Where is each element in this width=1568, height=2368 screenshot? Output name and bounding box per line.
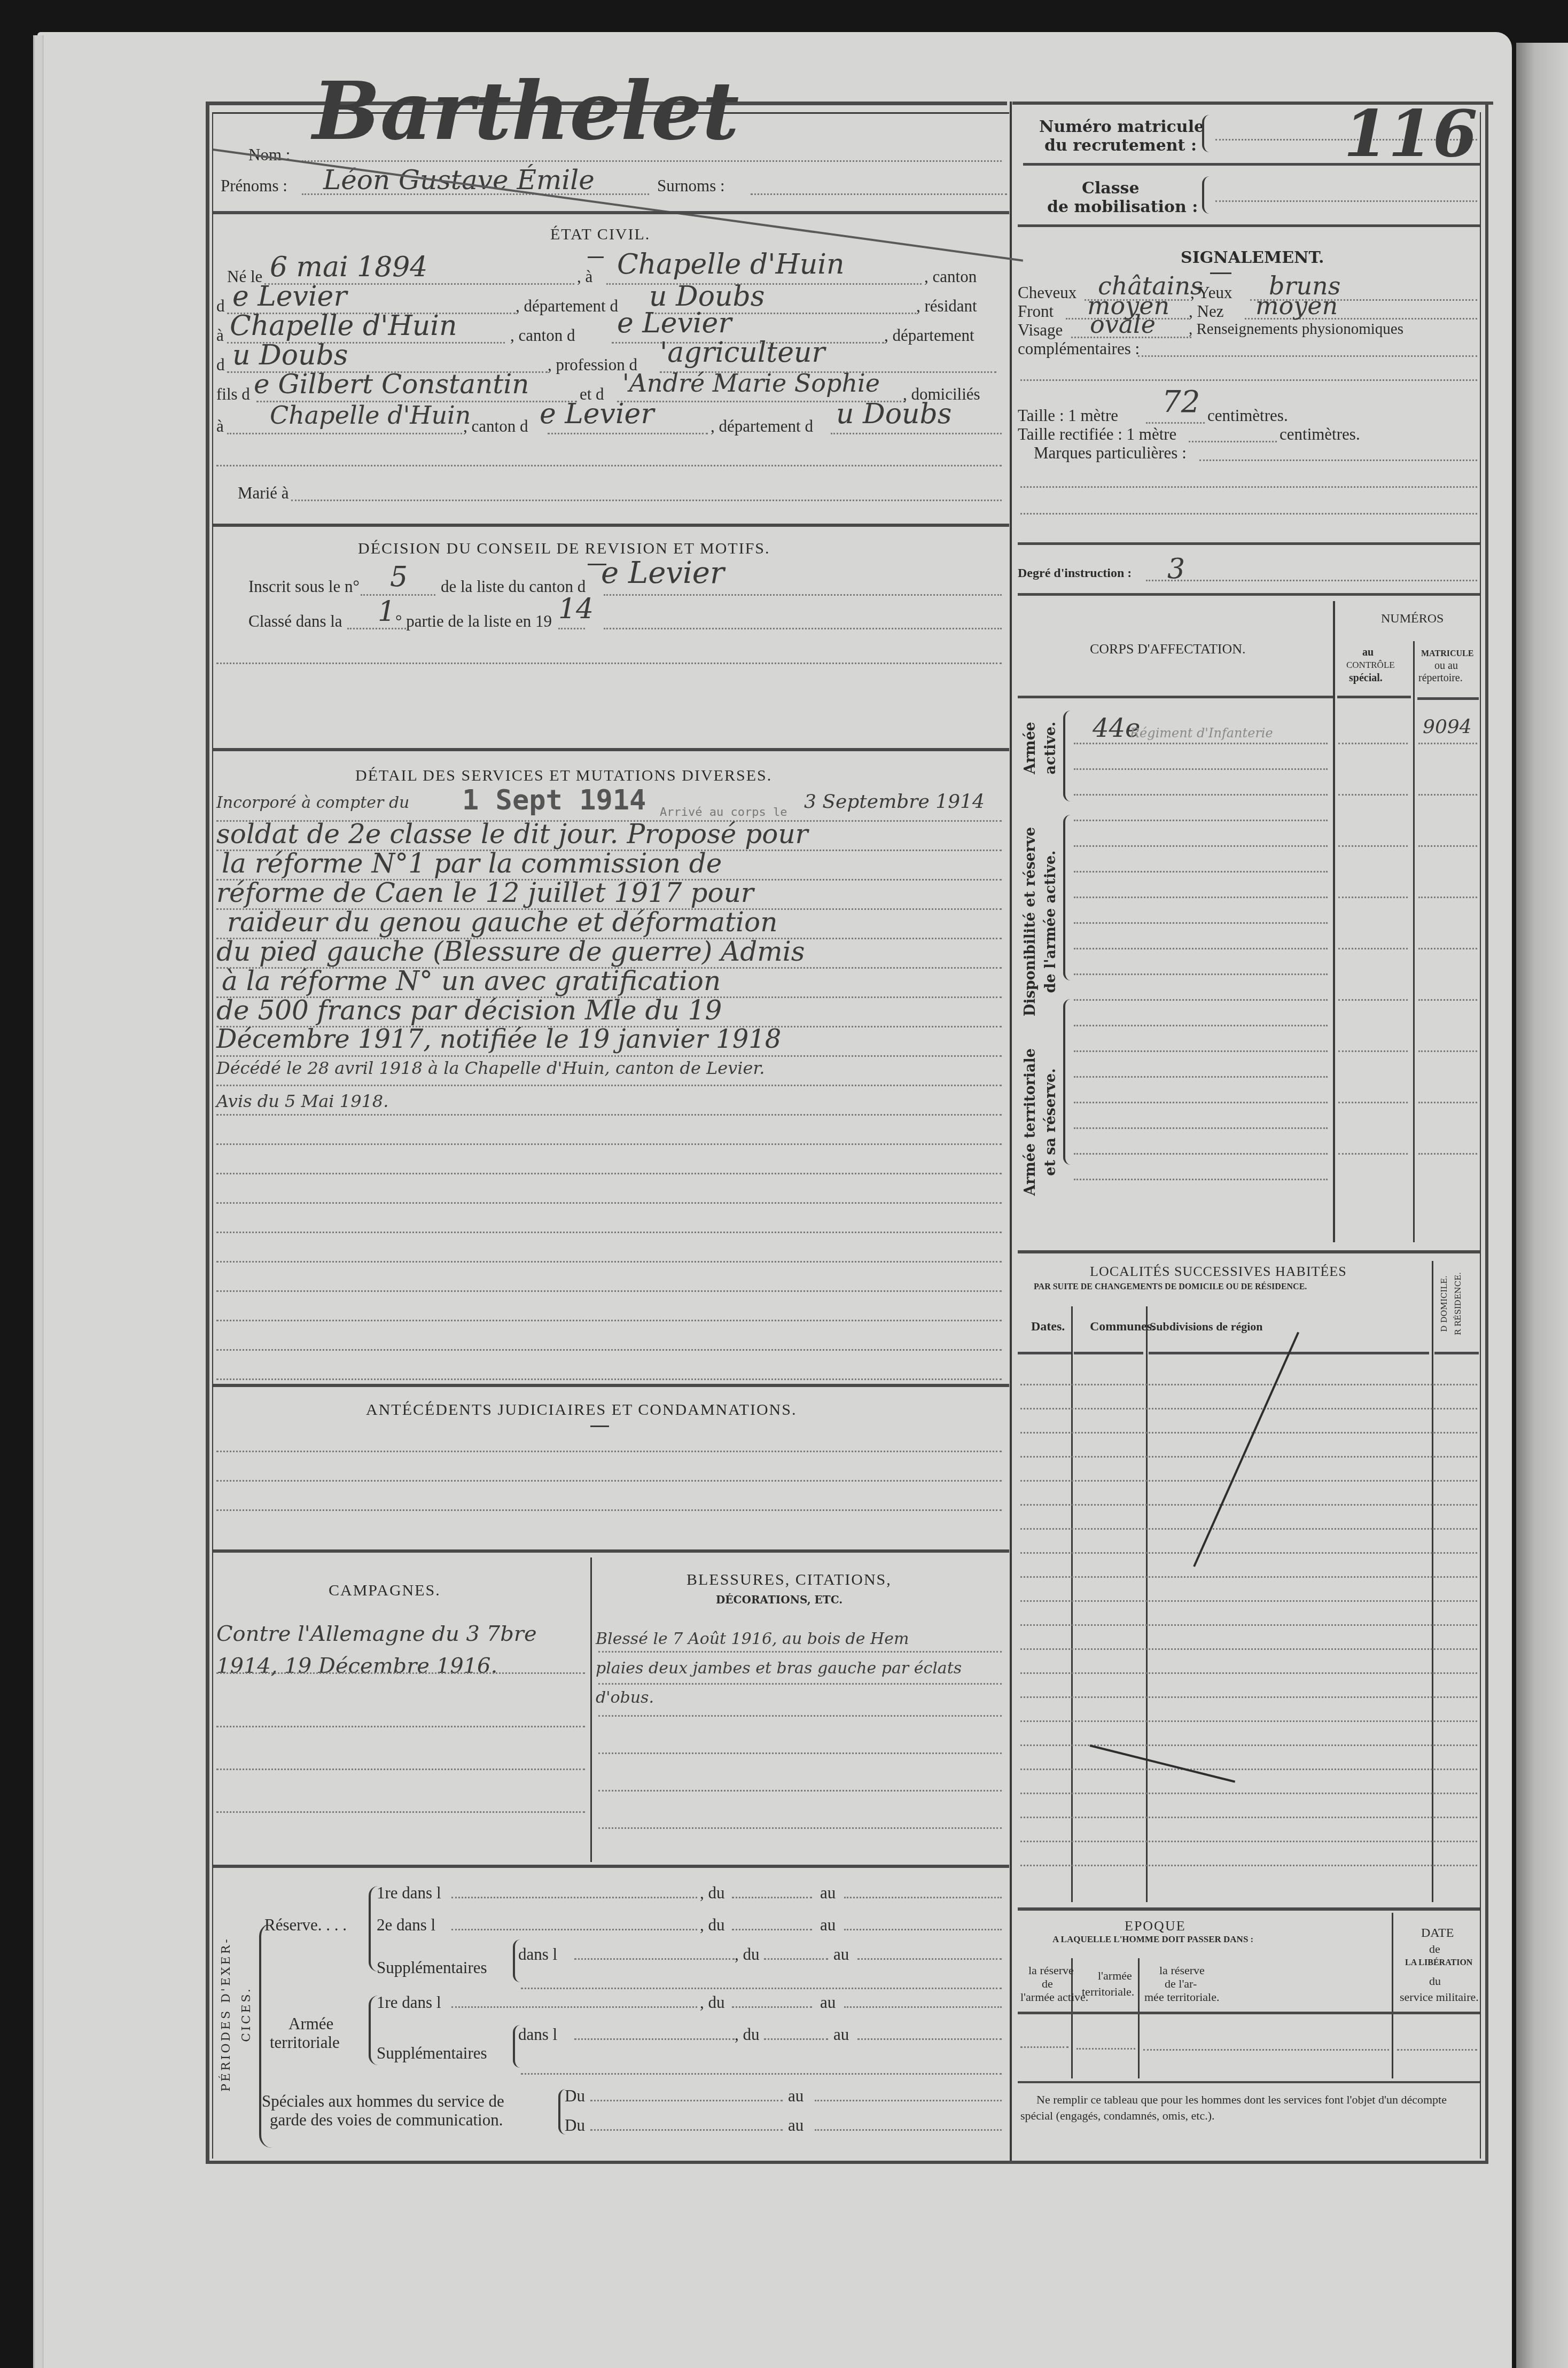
- epoque-col3-2: de l'ar-: [1165, 1977, 1197, 1991]
- corps-printed: Régiment d'Infanterie: [1130, 726, 1273, 741]
- services-line-10: [216, 1114, 1002, 1116]
- localites-title: LOCALITÉS SUCCESSIVES HABITÉES: [1090, 1264, 1347, 1280]
- matricule-line: [1418, 743, 1477, 744]
- localites-divider-1: [1071, 1306, 1073, 1902]
- annee-dots: [558, 628, 585, 629]
- taille-rectifiee-label: Taille rectifiée : 1 mètre: [1018, 425, 1176, 444]
- residant-a-label: à: [216, 326, 224, 345]
- services-text-line[interactable]: la réforme N°1 par la commission de: [222, 848, 722, 879]
- numeros-title: NUMÉROS: [1381, 612, 1444, 626]
- services-bottom-rule: [213, 1384, 1009, 1387]
- localites-row-line: [1020, 1384, 1477, 1385]
- periodes-side-label: PÉRIODES D'EXER- CICES.: [216, 1886, 257, 2143]
- col-domicile: D DOMICILE.: [1437, 1256, 1451, 1352]
- antecedents-bottom-rule: [213, 1549, 1009, 1553]
- epoque-dots-3: [1143, 2049, 1389, 2051]
- campagnes-dots-0: [216, 1672, 585, 1674]
- cancel-stroke-2: [1090, 1744, 1236, 1783]
- canton-label: , canton: [924, 267, 977, 286]
- visage-value[interactable]: ovale: [1090, 310, 1156, 339]
- blessures-dots-5: [598, 1827, 1002, 1829]
- corps-line: [1074, 845, 1328, 847]
- corps-line: [1074, 948, 1328, 949]
- localites-row-line: [1020, 1480, 1477, 1482]
- nez-value[interactable]: moyen: [1255, 291, 1338, 320]
- campagnes-title: CAMPAGNES.: [329, 1582, 441, 1600]
- territoriale-supp-dots: [574, 2038, 735, 2040]
- territoriale-label-1: Armée territoriale: [1020, 1031, 1041, 1213]
- services-line-14: [216, 1232, 1002, 1233]
- localites-row-line: [1020, 1696, 1477, 1698]
- epoque-col2-1: l'armée: [1098, 1969, 1132, 1983]
- degre-label: Degré d'instruction :: [1018, 566, 1132, 581]
- a-label: , à: [577, 267, 592, 286]
- services-line-15: [216, 1261, 1002, 1263]
- right-border: [1485, 102, 1488, 2164]
- col-controle-1: au: [1362, 646, 1374, 659]
- localites-row-line: [1020, 1408, 1477, 1409]
- controle-line: [1338, 845, 1408, 847]
- right-inner-border: [1480, 112, 1481, 2159]
- antecedents-line-1: [216, 1480, 1002, 1482]
- services-line-13: [216, 1202, 1002, 1204]
- services-text-line[interactable]: Avis du 5 Mai 1918.: [216, 1091, 388, 1111]
- prenoms-label: Prénoms :: [221, 176, 287, 196]
- reserve-supp-du: , du: [735, 1945, 760, 1964]
- localites-row-line: [1020, 1720, 1477, 1722]
- date-liberation-4: du: [1429, 1974, 1441, 1988]
- speciales-du-2: Du: [565, 2116, 585, 2135]
- campagnes-bottom-rule: [213, 1865, 1009, 1868]
- partie-label: ° partie de la liste en 19: [395, 612, 552, 631]
- armee-active-label-2: active.: [1041, 695, 1061, 801]
- reserve-1re-au-dots: [844, 1897, 1002, 1898]
- matricule-repertoire[interactable]: 9094: [1423, 716, 1472, 738]
- conseil-extra-dots-1: [604, 628, 1002, 629]
- complementaires-dots-2: [1020, 379, 1477, 381]
- complementaires-label: complémentaires :: [1018, 339, 1140, 359]
- matricule-line: [1418, 1050, 1477, 1052]
- territoriale-supp-extra-dots: [521, 2073, 1002, 2075]
- signalement-title: SIGNALEMENT.: [1181, 248, 1324, 267]
- classe-dots: [1215, 200, 1477, 202]
- pere-value[interactable]: e Gilbert Constantin: [254, 369, 529, 400]
- degre-value[interactable]: 3: [1167, 553, 1185, 585]
- corps-line: [1074, 1153, 1328, 1155]
- services-line-19: [216, 1378, 1002, 1380]
- page-edge: [33, 35, 44, 2368]
- dr-header-rule: [1434, 1352, 1479, 1354]
- reserve-supp-label: Supplémentaires: [377, 1958, 487, 1977]
- matricule-line: [1418, 999, 1477, 1001]
- nom-value[interactable]: Barthelet: [313, 64, 739, 158]
- reserve-supp-au-dots: [857, 1958, 1002, 1960]
- localites-row-line: [1020, 1552, 1477, 1554]
- col-communes: Communes.: [1090, 1320, 1155, 1334]
- reserve-supp-dots: [574, 1958, 735, 1960]
- disponibilite-label: Disponibilité et réserve de l'armée acti…: [1020, 809, 1061, 1034]
- epoque-col3-1: la réserve: [1159, 1964, 1205, 1977]
- localites-row-line: [1020, 1817, 1477, 1818]
- territoriale-1re-label: 1re dans l: [377, 1993, 441, 2012]
- speciales-au-2: au: [788, 2116, 803, 2135]
- territoriale-1re-au-dots: [844, 2006, 1002, 2008]
- campagnes-line[interactable]: 1914, 19 Décembre 1916.: [216, 1654, 497, 1678]
- matricule-bottom-rule: [1023, 163, 1480, 166]
- matricule-line: [1418, 1102, 1477, 1103]
- reserve-1re-du-dots: [732, 1897, 812, 1898]
- col-residence: R RÉSIDENCE.: [1451, 1256, 1465, 1352]
- col-matricule-2: ou au: [1434, 660, 1458, 672]
- blessures-line[interactable]: Blessé le 7 Août 1916, au bois de Hem: [596, 1630, 909, 1648]
- column-divider: [1010, 102, 1012, 2164]
- reserve-1re-du: , du: [700, 1883, 725, 1903]
- col-controle-3: spécial.: [1349, 672, 1383, 684]
- localites-top-rule: [1018, 1250, 1480, 1253]
- epoque-dots-2: [1076, 2048, 1135, 2050]
- disponibilite-label-2: de l'armée active.: [1041, 809, 1061, 1034]
- services-line-11: [216, 1143, 1002, 1145]
- epoque-bottom-rule: [1018, 2081, 1480, 2083]
- nom-dots: [302, 160, 1002, 162]
- speciales-au-1-dots: [815, 2100, 1002, 2101]
- signalement-dash: [1210, 272, 1231, 274]
- corps-title: CORPS D'AFFECTATION.: [1090, 641, 1246, 657]
- territoriale-label-1: Armée: [288, 2014, 333, 2034]
- domicile-a-label: à: [216, 417, 224, 436]
- mere-value[interactable]: 'André Marie Sophie: [622, 369, 880, 398]
- localites-subtitle: PAR SUITE DE CHANGEMENTS DE DOMICILE OU …: [1034, 1282, 1307, 1292]
- profession-value[interactable]: 'agriculteur: [660, 337, 825, 369]
- matricule-line: [1418, 897, 1477, 898]
- col-dates: Dates.: [1031, 1320, 1065, 1334]
- residant-label: , résidant: [916, 297, 977, 316]
- campagnes-dots-2: [216, 1769, 585, 1770]
- taille-dots: [1146, 422, 1205, 424]
- reserve-supp-du-dots: [764, 1958, 828, 1960]
- corps-line: [1074, 871, 1328, 873]
- marques-dots-3: [1020, 513, 1477, 515]
- centimetres-label: centimètres.: [1207, 406, 1288, 425]
- date-liberation-3: LA LIBÉRATION: [1405, 1958, 1472, 1968]
- corps-line: [1074, 999, 1328, 1001]
- corps-header-rule: [1018, 696, 1333, 698]
- territoriale-label-2: et sa réserve.: [1041, 1031, 1061, 1213]
- classe-bottom-rule: [1018, 224, 1480, 227]
- blessures-subtitle: DÉCORATIONS, ETC.: [716, 1593, 842, 1606]
- controle-line: [1338, 1102, 1408, 1103]
- departement-domicile-value[interactable]: u Doubs: [836, 398, 951, 430]
- localites-row-line: [1020, 1769, 1477, 1770]
- reserve-2e-au-dots: [844, 1929, 1002, 1930]
- controle-line: [1338, 743, 1408, 744]
- territoriale-1re-du-dots: [732, 2006, 812, 2008]
- canton3-label: , canton d: [463, 417, 528, 436]
- canton-residence-value[interactable]: e Levier: [617, 307, 731, 339]
- matricule-brace: [1202, 115, 1210, 152]
- centimetres2-label: centimètres.: [1280, 425, 1360, 444]
- bottom-border: [206, 2161, 1488, 2164]
- controle-line: [1338, 1050, 1408, 1052]
- liste-canton-dots: [604, 594, 1002, 596]
- services-title: DÉTAIL DES SERVICES ET MUTATIONS DIVERSE…: [355, 767, 772, 785]
- disponibilite-brace: [1063, 815, 1071, 980]
- territoriale-supp-du: , du: [735, 2025, 760, 2044]
- reserve-2e-label: 2e dans l: [377, 1915, 435, 1935]
- campagnes-dots-3: [216, 1811, 585, 1813]
- taille-label: Taille : 1 mètre: [1018, 406, 1118, 425]
- matricule-line: [1418, 1153, 1477, 1155]
- etat-civil-dash: [588, 256, 604, 258]
- epoque-col3-3: mée territoriale.: [1144, 1990, 1219, 2004]
- cancel-stroke-1: [1193, 1332, 1299, 1567]
- periodes-side-label-1: PÉRIODES D'EXER-: [216, 1886, 237, 2143]
- date-liberation-1: DATE: [1421, 1926, 1454, 1941]
- conseil-bottom-rule: [213, 748, 1009, 751]
- classe-label-2: de mobilisation :: [1047, 198, 1198, 216]
- surnoms-dots: [751, 193, 1007, 195]
- canton-naissance-value[interactable]: e Levier: [232, 281, 347, 313]
- canton-d-label: , canton d: [510, 326, 575, 345]
- localites-row-line: [1020, 1624, 1477, 1626]
- campagnes-line[interactable]: Contre l'Allemagne du 3 7bre: [216, 1622, 537, 1646]
- canton-domicile-value[interactable]: e Levier: [540, 398, 654, 430]
- campagnes-divider: [590, 1557, 592, 1862]
- services-text-line[interactable]: de 500 francs par décision Mle du 19: [216, 995, 722, 1026]
- corps-line: [1074, 1076, 1328, 1078]
- left-border: [206, 102, 209, 2164]
- armee-active-brace: [1063, 711, 1071, 801]
- matricule-line: [1418, 794, 1477, 796]
- canton-liste-value[interactable]: e Levier: [601, 556, 724, 590]
- blessures-dots-4: [598, 1790, 1002, 1791]
- services-text-line[interactable]: à la réforme N° un avec gratification: [222, 965, 721, 996]
- departement-label: , département d: [516, 297, 618, 316]
- epoque-header-rule: [1018, 2012, 1480, 2014]
- marques-dots: [1199, 459, 1477, 461]
- speciales-au-1: au: [788, 2086, 803, 2106]
- front-label: Front: [1018, 302, 1054, 321]
- etat-civil-title: ÉTAT CIVIL.: [550, 225, 650, 244]
- territoriale-supp-dans: dans l: [518, 2025, 557, 2044]
- annee-value[interactable]: 14: [558, 593, 594, 625]
- epoque-col1-1: la réserve: [1028, 1964, 1074, 1977]
- epoque-note: Ne remplir ce tableau que pour les homme…: [1020, 2092, 1477, 2124]
- matricule-header-rule: [1417, 697, 1479, 700]
- matricule-line: [1418, 948, 1477, 949]
- name-bottom-rule: [213, 211, 1009, 214]
- cheveux-label: Cheveux: [1018, 283, 1076, 302]
- epoque-subtitle: A LAQUELLE L'HOMME DOIT PASSER DANS :: [1052, 1934, 1253, 1945]
- domicile-dots: [227, 433, 462, 434]
- renseignements-label: , Renseignements physionomiques: [1189, 321, 1403, 338]
- localites-row-line: [1020, 1672, 1477, 1674]
- controle-line: [1338, 948, 1408, 949]
- antecedents-line-2: [216, 1509, 1002, 1511]
- departement2-label: , département: [884, 326, 974, 345]
- complementaires-dots: [1138, 355, 1477, 357]
- ne-le-value[interactable]: 6 mai 1894: [270, 251, 427, 283]
- services-line-18: [216, 1349, 1002, 1351]
- reserve-2e-du-dots: [732, 1929, 812, 1930]
- antecedents-dash: [590, 1426, 609, 1427]
- etat-civil-bottom-rule: [213, 524, 1009, 527]
- epoque-col1-2: de: [1042, 1977, 1053, 1991]
- degre-dots: [1146, 580, 1477, 581]
- antecedents-title: ANTÉCÉDENTS JUDICIAIRES ET CONDAMNATIONS…: [366, 1401, 797, 1419]
- communes-header-rule: [1074, 1352, 1143, 1354]
- territoriale-supp-au-dots: [857, 2038, 1002, 2040]
- inscrit-dots: [361, 594, 435, 596]
- speciales-du-2-dots: [590, 2129, 783, 2131]
- marques-label: Marques particulières :: [1034, 443, 1187, 463]
- epoque-divider-date: [1392, 1913, 1393, 2078]
- localites-row-line: [1020, 1865, 1477, 1866]
- blessures-line[interactable]: d'obus.: [596, 1688, 654, 1707]
- col-dr: D DOMICILE. R RÉSIDENCE.: [1437, 1256, 1465, 1352]
- nez-label: , Nez: [1189, 302, 1223, 321]
- corps-line: [1074, 1025, 1328, 1026]
- antecedents-line-0: [216, 1451, 1002, 1452]
- periodes-side-label-2: CICES.: [237, 1886, 257, 2143]
- reserve-label: Réserve. . . .: [264, 1915, 347, 1935]
- corps-line: [1074, 1179, 1328, 1180]
- departement3-label: , département d: [711, 417, 813, 436]
- epoque-title: EPOQUE: [1125, 1918, 1186, 1934]
- services-text-line[interactable]: du pied gauche (Blessure de guerre) Admi…: [216, 936, 805, 967]
- reserve-1re-au: au: [820, 1883, 836, 1903]
- corps-divider-1: [1333, 601, 1335, 1242]
- territoriale-1re-dots: [451, 2006, 697, 2008]
- etat-civil-extra-dots: [216, 465, 1002, 466]
- blessures-dots-2: [598, 1715, 1002, 1717]
- disponibilite-label-1: Disponibilité et réserve: [1020, 809, 1041, 1034]
- services-text-line[interactable]: raideur du genou gauche et déformation: [227, 907, 777, 938]
- conseil-extra-dots-2: [216, 663, 1002, 664]
- territoriale-brace-corps: [1063, 999, 1071, 1165]
- date-liberation-5: service militaire.: [1400, 1990, 1479, 2004]
- localites-row-line: [1020, 1504, 1477, 1506]
- lieu-naissance-value[interactable]: Chapelle d'Huin: [617, 248, 844, 281]
- visage-label: Visage: [1018, 321, 1063, 340]
- conseil-title: DÉCISION DU CONSEIL DE REVISION ET MOTIF…: [358, 540, 770, 558]
- marie-dots: [291, 500, 1002, 501]
- epoque-col2-2: territoriale.: [1082, 1985, 1134, 1999]
- blessures-title: BLESSURES, CITATIONS,: [687, 1571, 892, 1589]
- speciales-label-1: Spéciales aux hommes du service de: [262, 2092, 504, 2111]
- corps-top-rule: [1018, 593, 1480, 596]
- incorporation-stamp: 1 Sept 1914: [462, 784, 646, 816]
- services-line-17: [216, 1320, 1002, 1321]
- col-matricule-3: répertoire.: [1418, 672, 1463, 684]
- corps-line: [1074, 768, 1328, 770]
- classe-dans-label: Classé dans la: [248, 612, 342, 631]
- campagnes-dots-1: [216, 1726, 585, 1727]
- reserve-supp-extra-dots: [521, 1988, 1002, 1989]
- inscrit-label: Inscrit sous le n°: [248, 577, 360, 596]
- domicile-value[interactable]: Chapelle d'Huin: [270, 401, 471, 430]
- arrive-date[interactable]: 3 Septembre 1914: [804, 791, 985, 813]
- territoriale-label: Armée territoriale et sa réserve.: [1020, 1031, 1061, 1213]
- territoriale-supp-au: au: [833, 2025, 849, 2044]
- classe-label-1: Classe: [1082, 179, 1140, 198]
- corps-line: [1074, 1127, 1328, 1129]
- blessures-dots-0: [598, 1651, 1002, 1653]
- blessures-dots-3: [598, 1752, 1002, 1754]
- reserve-1re-dots: [451, 1897, 697, 1898]
- matricule-value[interactable]: 116: [1344, 96, 1478, 172]
- left-inner-border: [212, 112, 213, 2159]
- services-text-line[interactable]: Décédé le 28 avril 1918 à la Chapelle d'…: [216, 1058, 765, 1078]
- matricule-line: [1418, 845, 1477, 847]
- blessures-line[interactable]: plaies deux jambes et bras gauche par éc…: [596, 1659, 962, 1678]
- corps-line: [1074, 922, 1328, 924]
- localites-row-line: [1020, 1432, 1477, 1434]
- residant-value[interactable]: Chapelle d'Huin: [230, 310, 457, 342]
- marques-dots-2: [1020, 486, 1477, 488]
- localites-row-line: [1020, 1744, 1477, 1746]
- corps-line: [1074, 973, 1328, 975]
- services-text-line[interactable]: réforme de Caen le 12 juillet 1917 pour: [216, 877, 754, 908]
- taille-value[interactable]: 72: [1162, 385, 1200, 419]
- localites-row-line: [1020, 1648, 1477, 1650]
- speciales-label-2: garde des voies de communication.: [270, 2110, 503, 2130]
- classe-brace: [1202, 176, 1210, 214]
- services-line-9: [216, 1085, 1002, 1086]
- reserve-2e-dots: [451, 1929, 697, 1930]
- armee-active-label-1: Armée: [1020, 695, 1041, 801]
- departement-residence-value[interactable]: u Doubs: [232, 339, 348, 371]
- date-liberation-2: de: [1429, 1942, 1440, 1956]
- controle-line: [1338, 1153, 1408, 1155]
- corps-line: [1074, 743, 1328, 744]
- epoque-dots-1: [1020, 2046, 1068, 2048]
- departement-domicile-dots: [831, 433, 1002, 434]
- controle-line: [1338, 897, 1408, 898]
- reserve-supp-dans: dans l: [518, 1945, 557, 1964]
- corps-line: [1074, 1050, 1328, 1052]
- epoque-divider-2: [1138, 1958, 1140, 2078]
- corps-divider-2: [1413, 641, 1415, 1242]
- services-text-line[interactable]: Décembre 1917, notifiée le 19 janvier 19…: [216, 1024, 781, 1054]
- matricule-label-2: du recrutement :: [1044, 136, 1197, 155]
- incorpore-prefix: Incorporé à compter du: [216, 793, 409, 812]
- corps-line: [1074, 1102, 1328, 1103]
- localites-divider-dr: [1432, 1261, 1433, 1902]
- reserve-2e-au: au: [820, 1915, 836, 1935]
- fils-label: fils d: [216, 385, 250, 404]
- partie-value[interactable]: 1: [378, 596, 395, 628]
- corps-line: [1074, 794, 1328, 796]
- localites-row-line: [1020, 1456, 1477, 1458]
- dates-header-rule: [1018, 1352, 1071, 1354]
- services-line-8: [216, 1055, 1002, 1057]
- localites-row-line: [1020, 1841, 1477, 1842]
- speciales-du-1: Du: [565, 2086, 585, 2106]
- controle-header-rule: [1337, 696, 1411, 698]
- degre-top-rule: [1018, 542, 1480, 545]
- yeux-label: , Yeux: [1190, 283, 1232, 302]
- controle-line: [1338, 999, 1408, 1001]
- taille-rectifiee-dots: [1189, 441, 1277, 442]
- marie-label: Marié à: [238, 484, 289, 503]
- localites-row-line: [1020, 1793, 1477, 1794]
- inscrit-value[interactable]: 5: [390, 561, 408, 593]
- canton-domicile-dots: [548, 433, 708, 434]
- matricule-label-1: Numéro matricule: [1039, 118, 1204, 136]
- services-text-line[interactable]: soldat de 2e classe le dit jour. Proposé…: [216, 819, 808, 850]
- localites-row-line: [1020, 1576, 1477, 1578]
